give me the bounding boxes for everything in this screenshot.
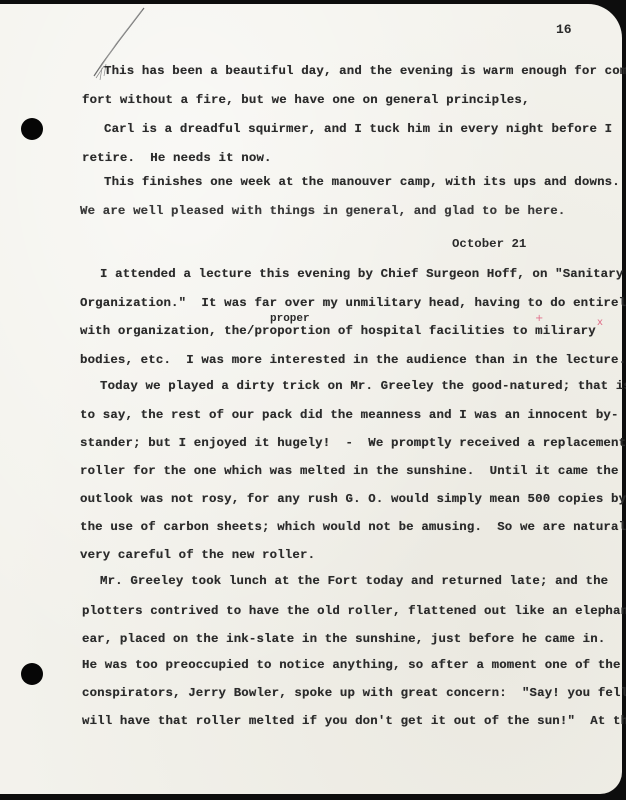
text-line: stander; but I enjoyed it hugely! - We p… (80, 436, 626, 450)
date-heading: October 21 (452, 237, 526, 251)
text-line: will have that roller melted if you don'… (82, 714, 626, 728)
text-line: Carl is a dreadful squirmer, and I tuck … (104, 122, 612, 136)
text-line: bodies, etc. I was more interested in th… (80, 353, 626, 367)
text-line: We are well pleased with things in gener… (80, 204, 565, 218)
typewritten-page: 16 This has been a beautiful day, and th… (0, 4, 622, 794)
punch-hole-top (21, 118, 43, 140)
text-line: This finishes one week at the manouver c… (104, 175, 620, 189)
text-line: to say, the rest of our pack did the mea… (80, 408, 619, 422)
punch-hole-bottom (21, 663, 43, 685)
text-line: This has been a beautiful day, and the e… (104, 64, 626, 78)
text-line: with organization, the/proportion of hos… (80, 324, 596, 338)
text-line: the use of carbon sheets; which would no… (80, 520, 626, 534)
text-line: Organization." It was far over my unmili… (80, 296, 626, 310)
text-line: He was too preoccupied to notice anythin… (82, 658, 621, 672)
text-line: Today we played a dirty trick on Mr. Gre… (100, 379, 626, 393)
page-number: 16 (556, 22, 572, 37)
text-line: I attended a lecture this evening by Chi… (100, 267, 623, 281)
text-line: plotters contrived to have the old rolle… (82, 604, 626, 618)
text-line: outlook was not rosy, for any rush G. O.… (80, 492, 626, 506)
red-margin-mark-x: x (597, 317, 603, 328)
text-line: ear, placed on the ink-slate in the suns… (82, 632, 605, 646)
text-line: fort without a fire, but we have one on … (82, 93, 530, 107)
text-line: conspirators, Jerry Bowler, spoke up wit… (82, 686, 626, 700)
text-line: roller for the one which was melted in t… (80, 464, 619, 478)
text-line: Mr. Greeley took lunch at the Fort today… (100, 574, 608, 588)
text-line: retire. He needs it now. (82, 151, 272, 165)
text-line: very careful of the new roller. (80, 548, 315, 562)
red-margin-mark-plus: + (535, 313, 543, 324)
